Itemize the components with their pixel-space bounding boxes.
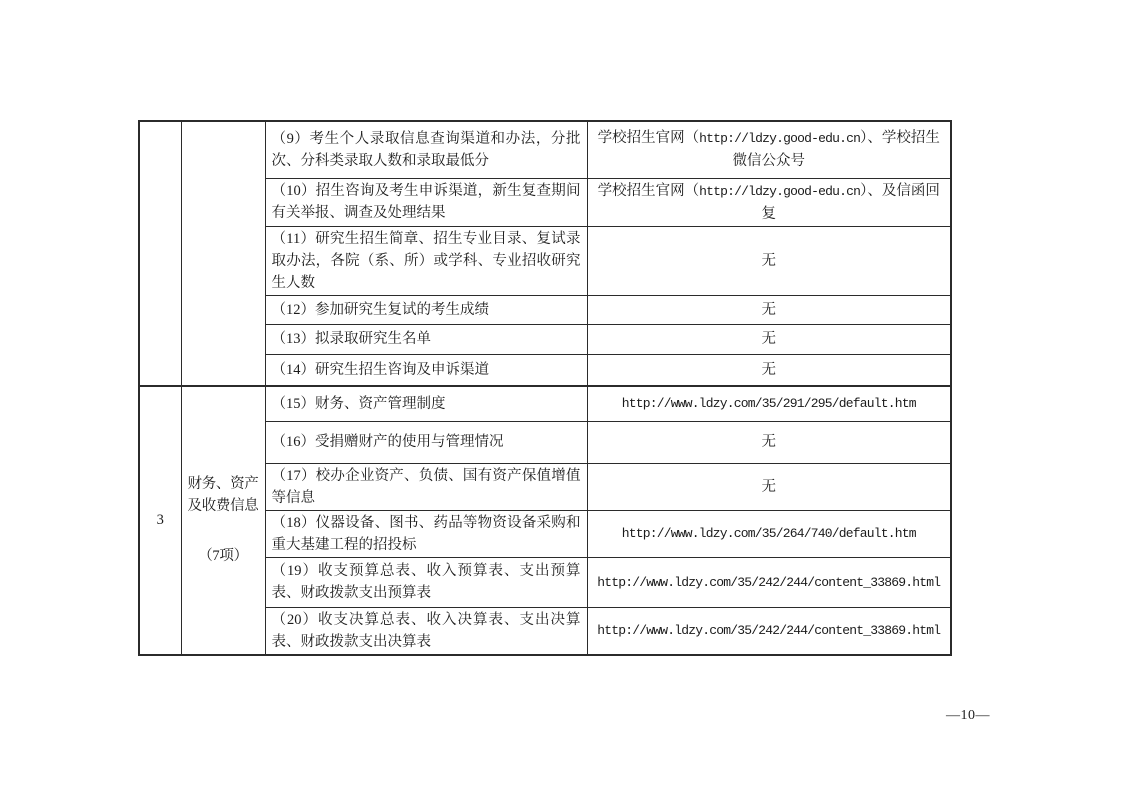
item-cell: （11）研究生招生简章、招生专业目录、复试录取办法，各院（系、所）或学科、专业招… — [265, 226, 587, 295]
url-text: http://www.ldzy.com/35/242/244/content_3… — [597, 623, 940, 638]
item-cell: （18）仪器设备、图书、药品等物资设备采购和重大基建工程的招投标 — [265, 510, 587, 557]
url-text: http://www.ldzy.com/35/291/295/default.h… — [622, 396, 916, 411]
category-name: 财务、资产及收费信息 — [188, 473, 259, 517]
url-text: http://ldzy.good-edu.cn — [699, 184, 860, 199]
channel-cell: http://www.ldzy.com/35/291/295/default.h… — [587, 386, 951, 421]
channel-cell: 无 — [587, 463, 951, 510]
item-cell: （16）受捐赠财产的使用与管理情况 — [265, 421, 587, 463]
url-text: http://www.ldzy.com/35/264/740/default.h… — [622, 526, 916, 541]
table-row: （9）考生个人录取信息查询渠道和办法，分批次、分科类录取人数和录取最低分 学校招… — [139, 121, 951, 178]
channel-cell: 无 — [587, 324, 951, 354]
item-cell: （13）拟录取研究生名单 — [265, 324, 587, 354]
channel-cell: 无 — [587, 421, 951, 463]
information-disclosure-table: （9）考生个人录取信息查询渠道和办法，分批次、分科类录取人数和录取最低分 学校招… — [138, 120, 952, 656]
item-cell: （14）研究生招生咨询及申诉渠道 — [265, 354, 587, 386]
channel-cell: 学校招生官网（http://ldzy.good-edu.cn）、学校招生微信公众… — [587, 121, 951, 178]
channel-cell: http://www.ldzy.com/35/242/244/content_3… — [587, 607, 951, 655]
channel-cell: 学校招生官网（http://ldzy.good-edu.cn）、及信函回复 — [587, 178, 951, 226]
url-text: http://www.ldzy.com/35/242/244/content_3… — [597, 575, 940, 590]
url-text: http://ldzy.good-edu.cn — [699, 131, 860, 146]
section-seq: 3 — [139, 386, 181, 655]
section-category: 财务、资产及收费信息 （7项） — [181, 386, 265, 655]
item-cell: （20）收支决算总表、收入决算表、支出决算表、财政拨款支出决算表 — [265, 607, 587, 655]
channel-cell: http://www.ldzy.com/35/264/740/default.h… — [587, 510, 951, 557]
section-seq — [139, 121, 181, 386]
item-cell: （12）参加研究生复试的考生成绩 — [265, 295, 587, 324]
category-note: （7项） — [188, 545, 259, 567]
item-cell: （9）考生个人录取信息查询渠道和办法，分批次、分科类录取人数和录取最低分 — [265, 121, 587, 178]
item-cell: （19）收支预算总表、收入预算表、支出预算表、财政拨款支出预算表 — [265, 557, 587, 607]
item-cell: （10）招生咨询及考生申诉渠道，新生复查期间有关举报、调查及处理结果 — [265, 178, 587, 226]
table-row: 3 财务、资产及收费信息 （7项） （15）财务、资产管理制度 http://w… — [139, 386, 951, 421]
item-cell: （15）财务、资产管理制度 — [265, 386, 587, 421]
channel-cell: 无 — [587, 226, 951, 295]
document-page: （9）考生个人录取信息查询渠道和办法，分批次、分科类录取人数和录取最低分 学校招… — [0, 0, 1122, 793]
channel-cell: 无 — [587, 295, 951, 324]
page-number: —10— — [946, 708, 990, 724]
channel-cell: http://www.ldzy.com/35/242/244/content_3… — [587, 557, 951, 607]
channel-cell: 无 — [587, 354, 951, 386]
section-category — [181, 121, 265, 386]
item-cell: （17）校办企业资产、负债、国有资产保值增值等信息 — [265, 463, 587, 510]
